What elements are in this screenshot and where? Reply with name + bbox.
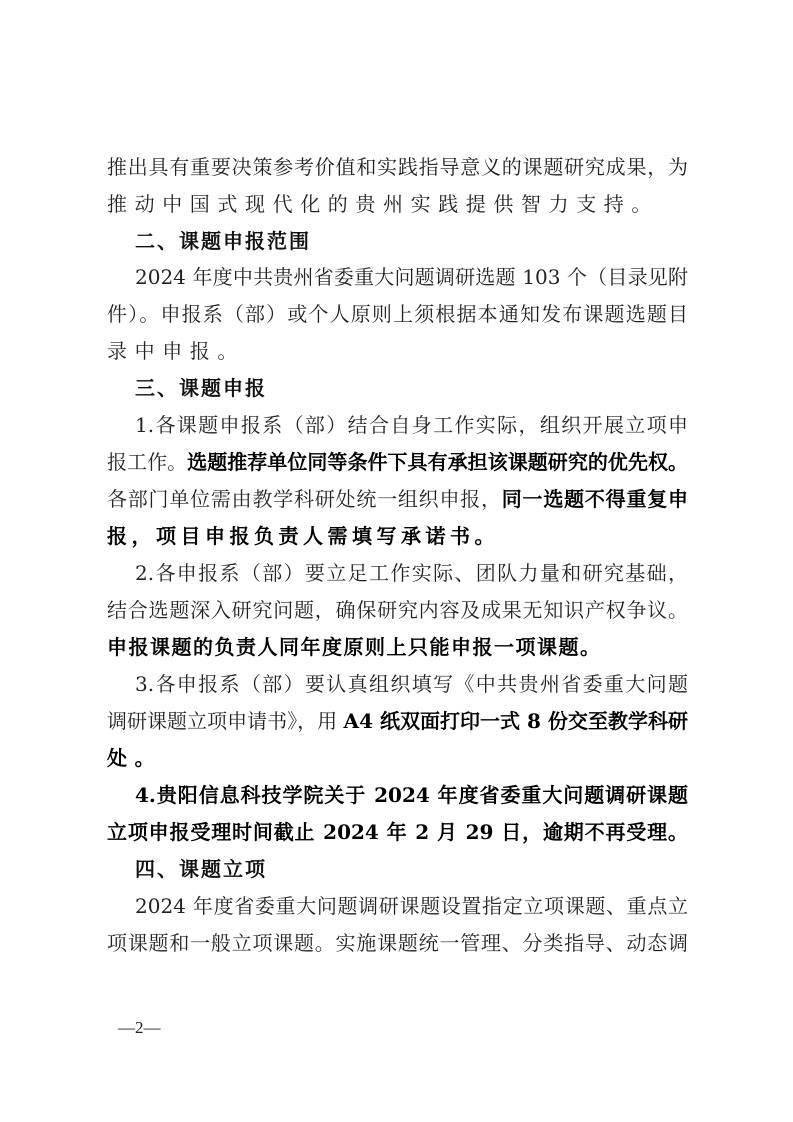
- paragraph-line: 立项申报受理时间截止 2024 年 2 月 29 日，逾期不再受理。: [107, 817, 688, 847]
- bold-text-segment: 同一选题不得重复申: [502, 487, 688, 511]
- paragraph-line: 4.贵阳信息科技学院关于 2024 年度省委重大问题调研课题: [135, 780, 688, 810]
- paragraph-line: 推动中国式现代化的贵州实践提供智力支持。: [107, 189, 688, 219]
- heading-text: 三、课题申报: [135, 376, 267, 400]
- paragraph-line: 3.各申报系（部）要认真组织填写《中共贵州省委重大问题: [135, 669, 688, 699]
- section-heading-scope: 二、课题申报范围: [135, 226, 688, 256]
- paragraph-line: 各部门单位需由教学科研处统一组织申报，同一选题不得重复申: [107, 484, 688, 514]
- paragraph-line: 报，项目申报负责人需填写承诺书。: [107, 521, 688, 551]
- section-heading-approval: 四、课题立项: [135, 854, 688, 884]
- text-segment: 2024 年度省委重大问题调研课题设置指定立项课题、重点立: [135, 894, 688, 918]
- text-segment: 调研课题立项申请书》，用: [107, 709, 344, 733]
- text-segment: 2.各申报系（部）要立足工作实际、团队力量和研究基础，: [135, 561, 688, 585]
- text-segment: 2024 年度中共贵州省委重大问题调研选题 103 个（目录见附: [135, 265, 688, 289]
- bold-text-segment: 选题推荐单位同等条件下具有承担该课题研究的优先权。: [187, 450, 688, 474]
- text-segment: 3.各申报系（部）要认真组织填写《中共贵州省委重大问题: [135, 672, 688, 696]
- paragraph-line: 申报课题的负责人同年度原则上只能申报一项课题。: [107, 632, 688, 662]
- heading-text: 四、课题立项: [135, 857, 267, 881]
- paragraph-line: 录中申报。: [107, 336, 688, 366]
- bold-text-segment: 立项申报受理时间截止 2024 年 2 月 29 日，逾期不再受理。: [107, 820, 688, 844]
- paragraph-line: 调研课题立项申请书》，用 A4 纸双面打印一式 8 份交至教学科研: [107, 706, 688, 736]
- paragraph-line: 结合选题深入研究问题，确保研究内容及成果无知识产权争议。: [107, 595, 688, 625]
- bold-text-segment: 报，项目申报负责人需填写承诺书。: [107, 524, 499, 548]
- paragraph-line: 推出具有重要决策参考价值和实践指导意义的课题研究成果，为: [107, 152, 688, 182]
- text-segment: 项课题和一般立项课题。实施课题统一管理、分类指导、动态调: [107, 931, 688, 955]
- document-page: 推出具有重要决策参考价值和实践指导意义的课题研究成果，为 推动中国式现代化的贵州…: [0, 0, 793, 1122]
- paragraph-line: 处。: [107, 743, 688, 773]
- text-segment: 推出具有重要决策参考价值和实践指导意义的课题研究成果，为: [107, 155, 688, 179]
- paragraph-line: 2024 年度省委重大问题调研课题设置指定立项课题、重点立: [135, 891, 688, 921]
- text-segment: 各部门单位需由教学科研处统一组织申报，: [107, 487, 502, 511]
- text-segment: 1.各课题申报系（部）结合自身工作实际，组织开展立项申: [135, 413, 688, 437]
- bold-text-segment: 处。: [107, 746, 162, 770]
- text-segment: 结合选题深入研究问题，确保研究内容及成果无知识产权争议。: [107, 598, 688, 622]
- text-segment: 报工作。: [107, 450, 187, 474]
- bold-text-segment: A4 纸双面打印一式 8 份交至教学科研: [344, 709, 688, 733]
- section-heading-application: 三、课题申报: [135, 373, 688, 403]
- text-segment: 推动中国式现代化的贵州实践提供智力支持。: [107, 192, 659, 216]
- bold-text-segment: 申报课题的负责人同年度原则上只能申报一项课题。: [107, 635, 602, 659]
- text-segment: 录中申报。: [107, 339, 245, 363]
- text-segment: 件）。申报系（部）或个人原则上须根据本通知发布课题选题目: [107, 302, 688, 326]
- paragraph-line: 件）。申报系（部）或个人原则上须根据本通知发布课题选题目: [107, 299, 688, 329]
- paragraph-line: 2.各申报系（部）要立足工作实际、团队力量和研究基础，: [135, 558, 688, 588]
- page-number: —2—: [118, 1017, 161, 1039]
- paragraph-line: 报工作。选题推荐单位同等条件下具有承担该课题研究的优先权。: [107, 447, 688, 477]
- paragraph-line: 1.各课题申报系（部）结合自身工作实际，组织开展立项申: [135, 410, 688, 440]
- bold-text-segment: 4.贵阳信息科技学院关于 2024 年度省委重大问题调研课题: [135, 783, 688, 807]
- heading-text: 二、课题申报范围: [135, 229, 311, 253]
- paragraph-line: 项课题和一般立项课题。实施课题统一管理、分类指导、动态调: [107, 928, 688, 958]
- paragraph-line: 2024 年度中共贵州省委重大问题调研选题 103 个（目录见附: [135, 262, 688, 292]
